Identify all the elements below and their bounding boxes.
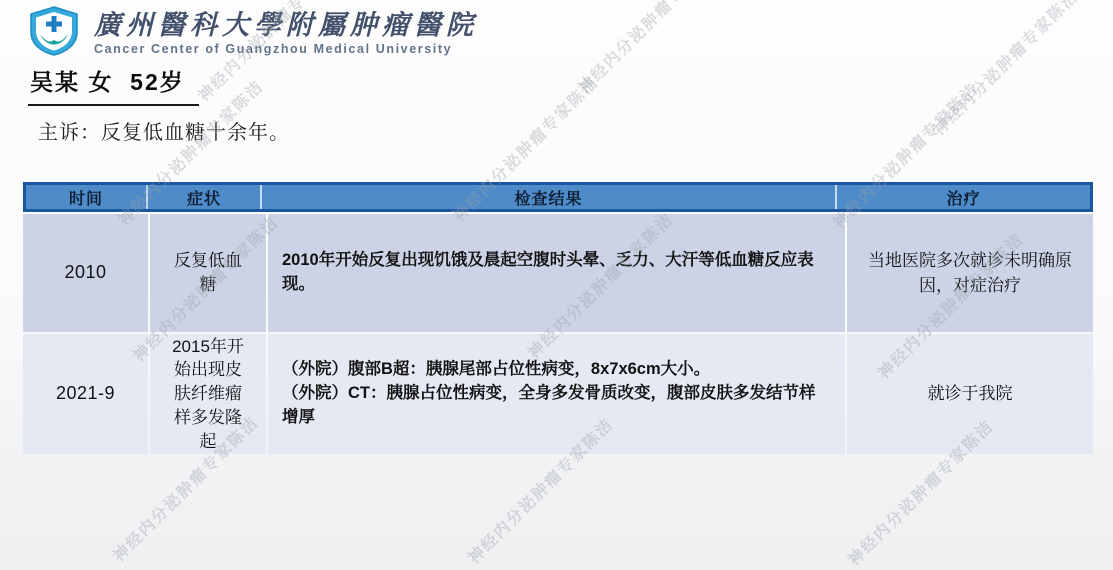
watermark-text: 神经内分泌肿瘤专家陈洁 xyxy=(572,0,728,98)
hospital-name: 廣州醫科大學附屬肿瘤醫院 Cancer Center of Guangzhou … xyxy=(94,11,478,57)
cell-exam: （外院）腹部B超：胰腺尾部占位性病变，8x7x6cm大小。 （外院）CT：胰腺占… xyxy=(268,334,845,454)
exam-line: （外院）CT：胰腺占位性病变，全身多发骨质改变，腹部皮肤多发结节样增厚 xyxy=(282,382,831,430)
cell-symptom: 2015年开始出现皮肤纤维瘤样多发隆起 xyxy=(150,334,266,454)
hospital-shield-icon xyxy=(26,6,82,61)
header-symptom: 症状 xyxy=(148,185,262,209)
cell-exam: 2010年开始反复出现饥饿及晨起空腹时头晕、乏力、大汗等低血糖反应表现。 xyxy=(268,214,845,332)
cell-time: 2021-9 xyxy=(23,334,148,454)
patient-title: 吴某 女 52岁 xyxy=(28,64,199,106)
cell-time: 2010 xyxy=(23,214,148,332)
table-header-row: 时间 症状 检查结果 治疗 xyxy=(23,182,1093,212)
chief-complaint: 主诉：反复低血糖十余年。 xyxy=(38,116,290,145)
header-treatment: 治疗 xyxy=(837,185,1090,209)
hospital-logo: 廣州醫科大學附屬肿瘤醫院 Cancer Center of Guangzhou … xyxy=(26,6,478,61)
cell-treatment: 就诊于我院 xyxy=(847,334,1093,454)
cell-treatment: 当地医院多次就诊未明确原因，对症治疗 xyxy=(847,214,1093,332)
table-row: 2021-9 2015年开始出现皮肤纤维瘤样多发隆起 （外院）腹部B超：胰腺尾部… xyxy=(23,334,1093,454)
presentation-slide: 廣州醫科大學附屬肿瘤醫院 Cancer Center of Guangzhou … xyxy=(0,0,1113,570)
cell-symptom: 反复低血糖 xyxy=(150,214,266,332)
hospital-name-en: Cancer Center of Guangzhou Medical Unive… xyxy=(94,42,478,56)
hospital-name-cn: 廣州醫科大學附屬肿瘤醫院 xyxy=(94,11,478,41)
header-time: 时间 xyxy=(26,185,148,209)
watermark-text: 神经内分泌肿瘤专家陈洁 xyxy=(927,0,1083,140)
table-row: 2010 反复低血糖 2010年开始反复出现饥饿及晨起空腹时头晕、乏力、大汗等低… xyxy=(23,214,1093,332)
exam-line: （外院）腹部B超：胰腺尾部占位性病变，8x7x6cm大小。 xyxy=(282,358,710,382)
exam-line: 2010年开始反复出现饥饿及晨起空腹时头晕、乏力、大汗等低血糖反应表现。 xyxy=(282,249,831,297)
case-history-table: 时间 症状 检查结果 治疗 2010 反复低血糖 2010年开始反复出现饥饿及晨… xyxy=(23,182,1093,454)
header-exam: 检查结果 xyxy=(262,185,837,209)
